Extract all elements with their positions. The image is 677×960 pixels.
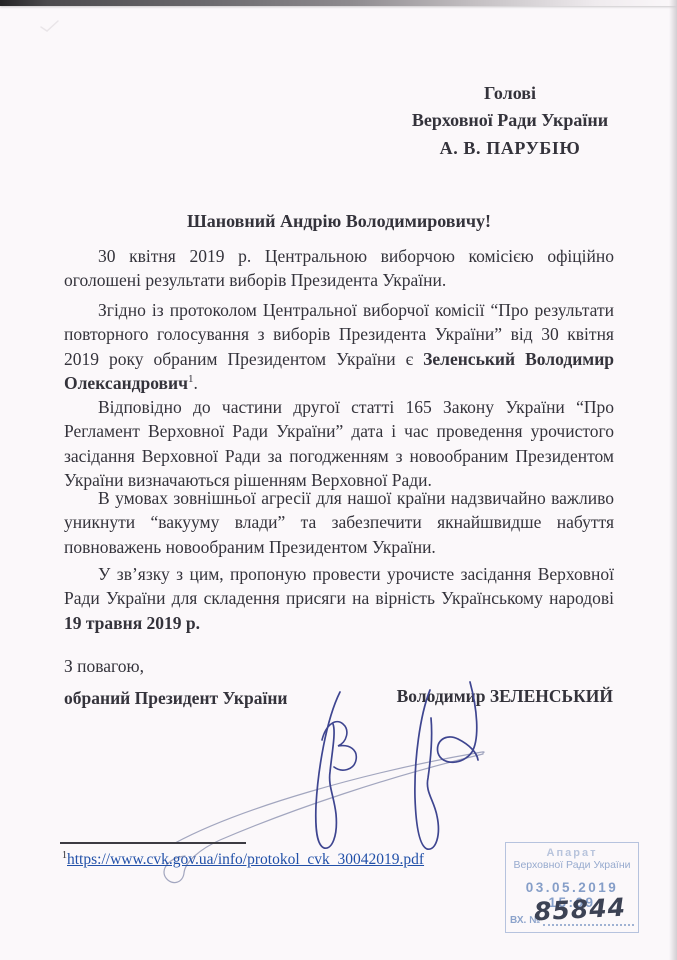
paragraph-2-period: .: [193, 373, 197, 393]
paragraph-4: В умовах зовнішньої агресії для нашої кр…: [64, 486, 614, 559]
paragraph-5: У зв’язку з цим, пропоную провести урочи…: [64, 562, 614, 635]
scan-edge-top: [0, 0, 677, 6]
recipient-block: Голові Верховної Ради України: [340, 80, 677, 134]
stamp-org-line-1: Апарат: [506, 847, 638, 859]
recipient-line-2: Верховної Ради України: [340, 107, 677, 134]
paragraph-3: Відповідно до частини другої статті 165 …: [64, 395, 614, 492]
footnote-link[interactable]: https://www.cvk.gov.ua/info/protokol_cvk…: [67, 851, 424, 868]
closing-regards: З повагою,: [64, 656, 144, 677]
stamp-org-line-2: Верховної Ради України: [506, 859, 638, 871]
paragraph-2: Згідно із протоколом Центральної виборчо…: [64, 298, 614, 395]
footnote-separator-rule: [60, 842, 246, 844]
recipient-name: А. В. ПАРУБІЮ: [340, 138, 677, 159]
footnote: 1https://www.cvk.gov.ua/info/protokol_cv…: [62, 850, 424, 869]
paragraph-5-text: У зв’язку з цим, пропоную провести урочи…: [64, 564, 614, 608]
paragraph-1: 30 квітня 2019 р. Центральною виборчою к…: [64, 244, 614, 293]
inauguration-date-bold: 19 травня 2019 р.: [64, 613, 200, 633]
salutation: Шановний Андрію Володимировичу!: [64, 211, 614, 232]
registration-stamp: Апарат Верховної Ради України 03.05.2019…: [505, 842, 639, 933]
recipient-line-1: Голові: [340, 80, 677, 107]
faint-pen-mark: [38, 18, 68, 34]
stamp-reg-number-handwritten: 85844: [533, 893, 624, 927]
scanned-letter-page: Голові Верховної Ради України А. В. ПАРУ…: [0, 0, 677, 960]
